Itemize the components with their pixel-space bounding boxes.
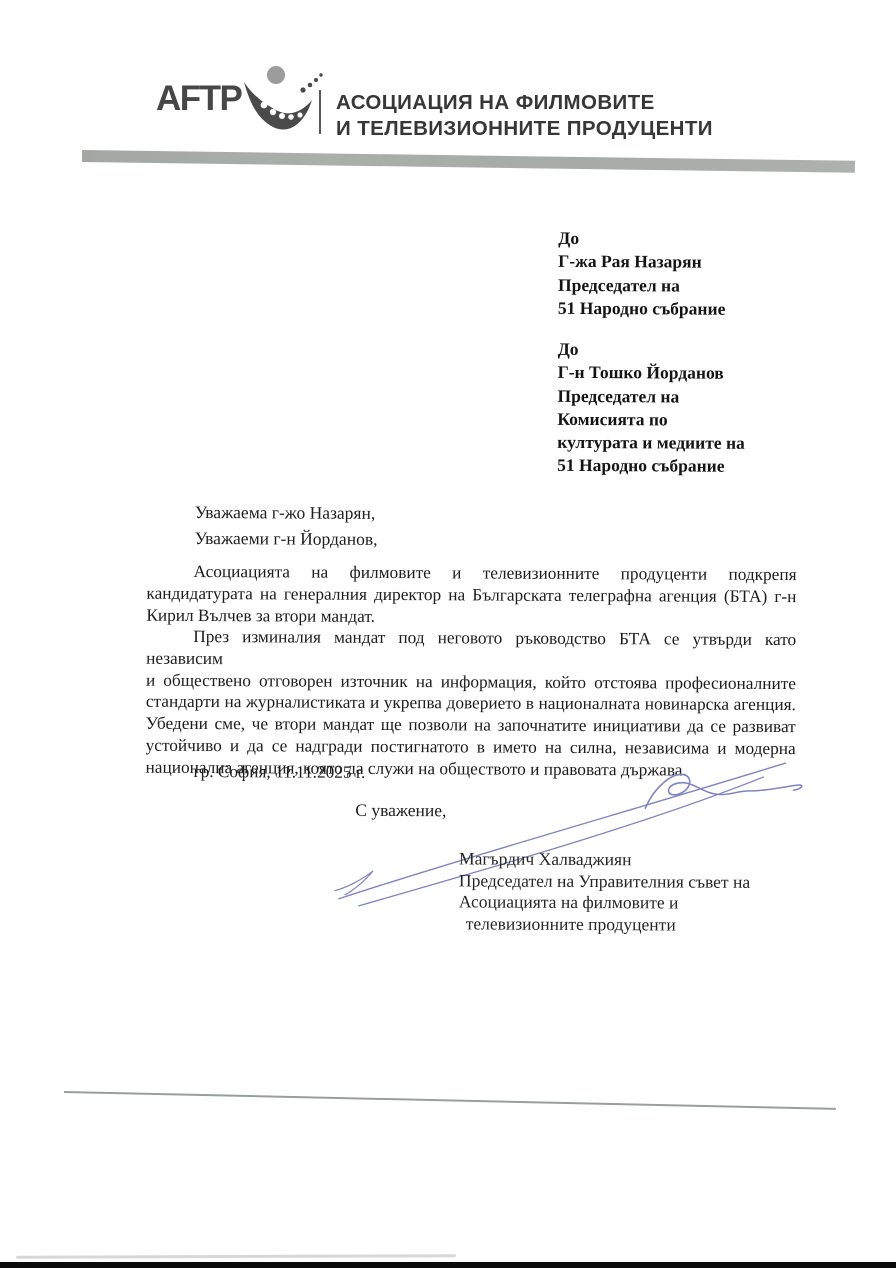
text-line: През изминалия мандат под неговото ръков…: [146, 626, 796, 673]
text-line: Асоциацията на филмовите и телевизионнит…: [147, 561, 797, 586]
text-line: Председател на Управителния съвет на: [459, 870, 750, 893]
text-line: 51 Народно събрание: [558, 297, 726, 321]
text-line: Г-жа Рая Назарян: [558, 250, 726, 274]
text-line: Председател на: [557, 384, 745, 408]
text-line: До: [558, 338, 746, 362]
letter-paragraph-1: Асоциацията на филмовите и телевизионнит…: [146, 561, 796, 630]
text-line: 51 Народно събрание: [557, 454, 745, 478]
text-line: До: [558, 227, 726, 251]
recipient-block-1: ДоГ-жа Рая НазарянПредседател на51 Народ…: [558, 227, 726, 321]
text-line: Председател на: [558, 273, 726, 297]
signature-block: Магърдич Халваджиян Председател на Управ…: [459, 848, 751, 936]
text-line: културата и медиите на: [557, 431, 745, 455]
text-line: Г-н Тошко Йорданов: [558, 361, 746, 385]
recipient-block-2: ДоГ-н Тошко ЙордановПредседател наКомиси…: [557, 338, 745, 479]
scan-artifact-bottom-bar: [0, 1262, 896, 1268]
signer-name: Магърдич Халваджиян: [459, 848, 750, 871]
signer-title: Председател на Управителния съвет наАсоц…: [459, 870, 751, 936]
scanned-letter-page: AFTP АСОЦИАЦИЯ НА ФИЛМОВИТЕ И ТЕЛЕВИЗИОН…: [0, 0, 896, 1268]
text-line: телевизионните продуценти: [459, 913, 750, 936]
text-line: кандидатурата на генералния директор на …: [146, 583, 796, 608]
text-line: Комисията по: [557, 408, 745, 432]
text-line: Уважаеми г-н Йорданов,: [195, 525, 378, 552]
text-line: Асоциацията на филмовите и: [459, 892, 750, 915]
text-line: Уважаема г-жо Назарян,: [195, 499, 378, 526]
salutation: Уважаема г-жо Назарян,Уважаеми г-н Йорда…: [195, 499, 378, 552]
letter-content: ДоГ-жа Рая НазарянПредседател на51 Народ…: [0, 0, 896, 1268]
